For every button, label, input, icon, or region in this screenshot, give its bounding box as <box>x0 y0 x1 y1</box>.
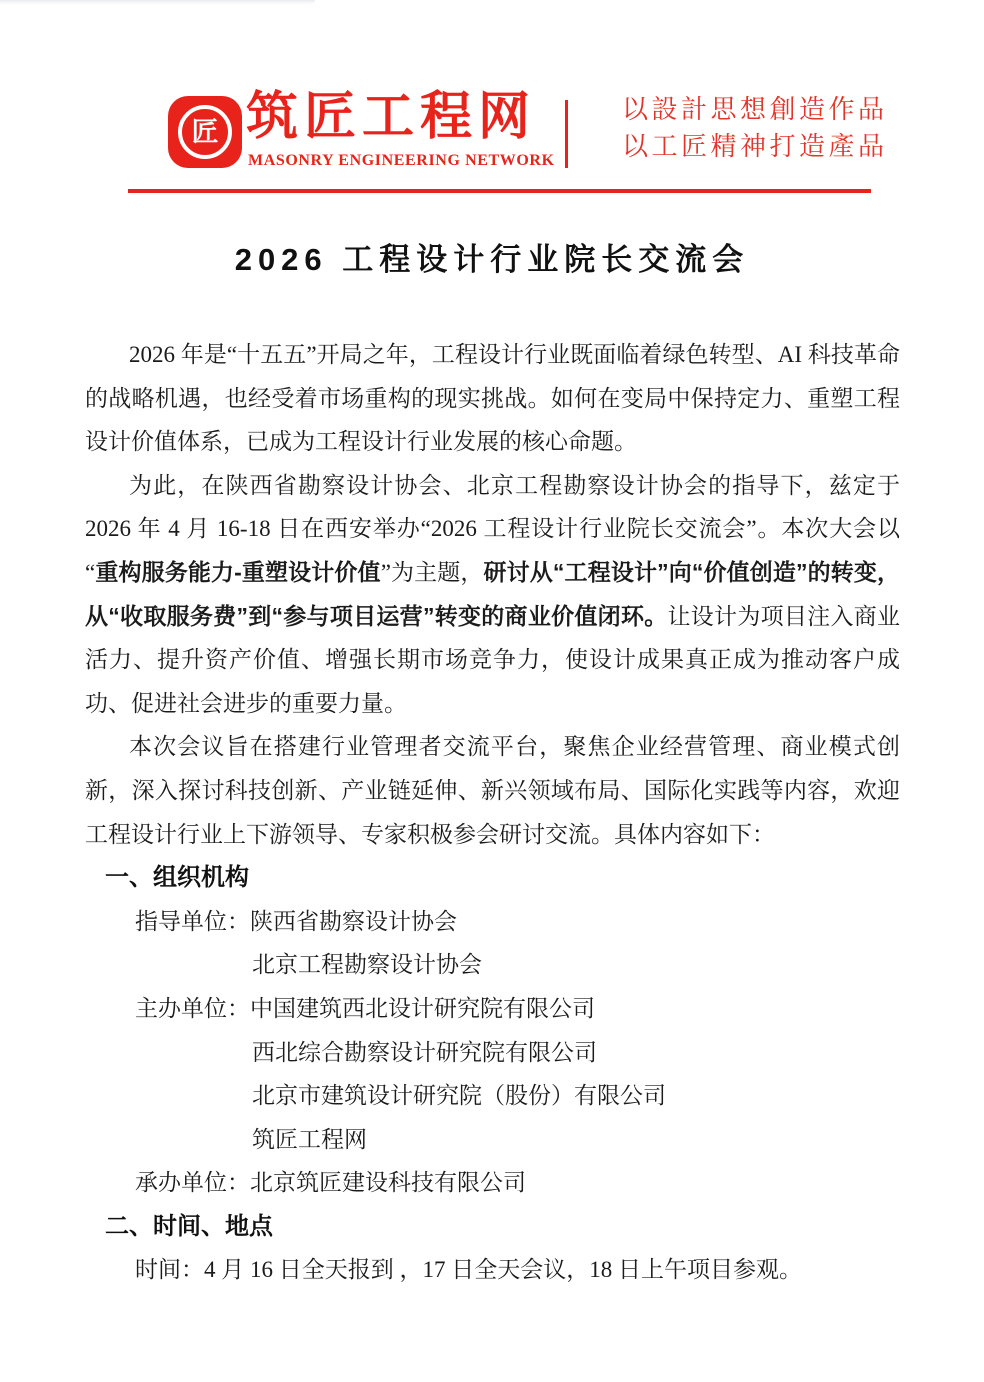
top-edge-artifact <box>0 0 315 5</box>
org-value: 北京市建筑设计研究院（股份）有限公司 <box>252 1083 666 1108</box>
section-heading-time-place: 二、时间、地点 <box>85 1205 900 1249</box>
org-row-host-2: 西北综合勘察设计研究院有限公司 <box>85 1031 900 1075</box>
brand-logo-icon: 匠 <box>168 96 242 168</box>
org-value: 西北综合勘察设计研究院有限公司 <box>252 1040 597 1065</box>
logo-glyph: 匠 <box>192 119 219 146</box>
paragraph-2: 为此，在陕西省勘察设计协会、北京工程勘察设计协会的指导下，兹定于 2026 年 … <box>85 464 900 726</box>
brand-name-en: MASONRY ENGINEERING NETWORK <box>248 152 555 170</box>
org-row-guide: 指导单位：陕西省勘察设计协会 <box>85 900 900 944</box>
org-value: 中国建筑西北设计研究院有限公司 <box>250 996 595 1021</box>
slogan-line-2: 以工匠精神打造產品 <box>622 129 888 166</box>
section-heading-organization: 一、组织机构 <box>85 856 900 900</box>
time-row: 时间：4 月 16 日全天报到 ，17 日全天会议，18 日上午项目参观。 <box>85 1248 900 1292</box>
document-body: 2026 年是“十五五”开局之年，工程设计行业既面临着绿色转型、AI 科技革命的… <box>85 333 900 1292</box>
org-row-guide-2: 北京工程勘察设计协会 <box>85 943 900 987</box>
time-label: 时间： <box>135 1257 204 1282</box>
org-value: 北京工程勘察设计协会 <box>252 952 482 977</box>
paragraph-2-text-2: ”为主题， <box>381 560 484 585</box>
org-row-organizer: 承办单位：北京筑匠建设科技有限公司 <box>85 1161 900 1205</box>
paragraph-3: 本次会议旨在搭建行业管理者交流平台，聚焦企业经营管理、商业模式创新，深入探讨科技… <box>85 725 900 856</box>
document-page: 匠 筑匠工程网 MASONRY ENGINEERING NETWORK 以設計思… <box>0 0 984 1382</box>
paragraph-2-bold-theme: 重构服务能力-重塑设计价值 <box>95 559 380 585</box>
logo-ring: 匠 <box>178 105 232 159</box>
org-label-guide: 指导单位： <box>135 909 250 934</box>
org-row-host-4: 筑匠工程网 <box>85 1118 900 1162</box>
org-value: 北京筑匠建设科技有限公司 <box>250 1170 526 1195</box>
org-row-host: 主办单位：中国建筑西北设计研究院有限公司 <box>85 987 900 1031</box>
org-label-host: 主办单位： <box>135 996 250 1021</box>
brand-slogan: 以設計思想創造作品 以工匠精神打造產品 <box>622 92 888 166</box>
document-title: 2026 工程设计行业院长交流会 <box>0 234 984 279</box>
slogan-line-1: 以設計思想創造作品 <box>622 92 888 129</box>
header-rule <box>128 189 871 193</box>
org-value: 陕西省勘察设计协会 <box>250 909 457 934</box>
org-row-host-3: 北京市建筑设计研究院（股份）有限公司 <box>85 1074 900 1118</box>
header-vertical-divider <box>565 100 568 168</box>
org-label-organizer: 承办单位： <box>135 1170 250 1195</box>
brand-name-cn: 筑匠工程网 <box>246 88 536 148</box>
org-value: 筑匠工程网 <box>252 1127 367 1152</box>
paragraph-1: 2026 年是“十五五”开局之年，工程设计行业既面临着绿色转型、AI 科技革命的… <box>85 333 900 464</box>
time-value: 4 月 16 日全天报到 ，17 日全天会议，18 日上午项目参观。 <box>204 1257 802 1282</box>
